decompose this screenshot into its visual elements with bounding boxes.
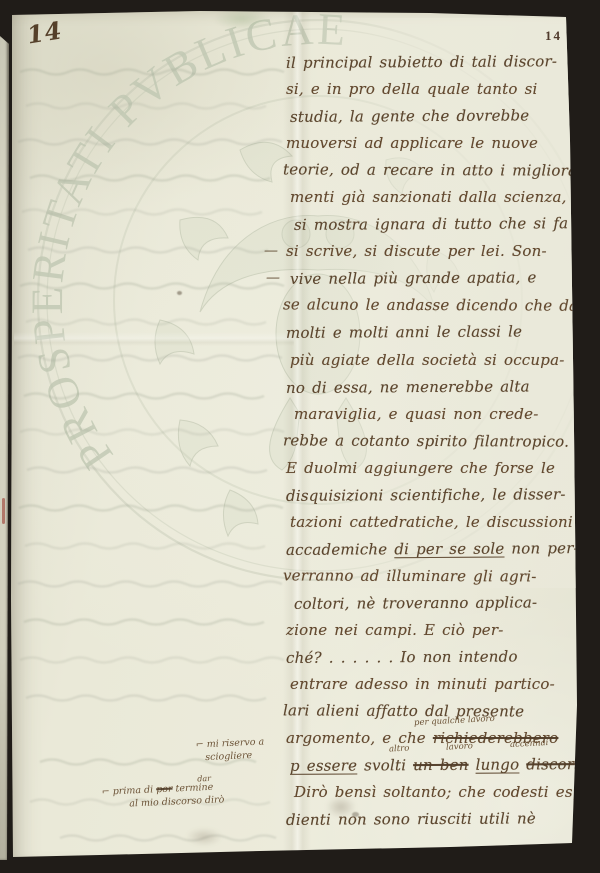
manuscript-line: p essere svolti un ben lungo discorso.: [290, 751, 574, 780]
manuscript-line: zione nei campi. E ciò per-: [286, 617, 574, 644]
manuscript-line: muoversi ad applicare le nuove: [286, 130, 574, 157]
manuscript-line: se alcuno le andasse dicendo che da: [283, 292, 574, 320]
manuscript-line: disquisizioni scientifiche, le disser-: [286, 481, 574, 510]
manuscript-line: accademiche di per se sole non per-: [286, 535, 574, 564]
manuscript-page: PROSPERITATI PVBLICAE 14 14 il princip: [0, 0, 600, 873]
manuscript-line: no di essa, ne menerebbe alta: [286, 373, 574, 402]
ink-smudge: [186, 828, 222, 846]
manuscript-line: Dirò bensì soltanto; che codesti espe-: [294, 779, 574, 806]
interlinear-note: lavoro: [446, 741, 473, 752]
manuscript-line: studia, la gente che dovrebbe: [290, 102, 574, 131]
manuscript-line: E duolmi aggiungere che forse le: [286, 455, 574, 482]
manuscript-line: si, e in pro della quale tanto si: [286, 76, 574, 103]
interlinear-note: altro: [389, 743, 410, 754]
manuscript-line: entrare adesso in minuti partico-: [290, 671, 574, 698]
manuscript-line: ché? . . . . . . Io non intendo: [286, 643, 574, 672]
manuscript-line: molti e molti anni le classi le: [286, 319, 574, 348]
binding-red-fiber: [2, 498, 5, 524]
manuscript-line: verranno ad illuminare gli agri-: [283, 562, 574, 590]
manuscript-line: si scrive, si discute per lei. Son-: [286, 238, 574, 265]
printed-page-number: 14: [545, 28, 562, 44]
horizontal-crease: [14, 332, 294, 346]
manuscript-line: rebbe a cotanto spirito filantropico.: [283, 427, 574, 455]
manuscript-line: più agiate della società si occupa-: [290, 347, 574, 374]
manuscript-line: vive nella più grande apatia, e: [290, 265, 574, 294]
green-stain: [213, 8, 271, 30]
margin-note-line: sciogliere: [205, 749, 265, 765]
manuscript-line: il principal subietto di tali discor-: [286, 48, 574, 77]
manuscript-line: teorie, od a recare in atto i migliora-: [283, 157, 574, 185]
manuscript-line: si mostra ignara di tutto che si fa: [294, 210, 574, 239]
ink-speck: [177, 291, 182, 295]
manuscript-line: coltori, nè troveranno applica-: [294, 589, 574, 618]
manuscript-line: maraviglia, e quasi non crede-: [294, 401, 574, 428]
margin-note-2: dar ⌐ prima di por termine al mio discor…: [101, 780, 224, 811]
margin-note-line: al mio discorso dirò: [129, 793, 225, 810]
margin-dash: —: [264, 243, 278, 259]
margin-note-1: ⌐ mi riservo a sciogliere: [195, 736, 265, 765]
adjacent-page-edge: [0, 36, 9, 860]
manuscript-line: dienti non sono riusciti utili nè: [286, 805, 574, 834]
manuscript-line: tazioni cattedratiche, le discussioni: [290, 509, 574, 536]
manuscript-line: menti già sanzionati dalla scienza,: [290, 184, 574, 211]
handwritten-page-number: 14: [25, 15, 65, 49]
interlinear-note: accennai: [510, 738, 549, 750]
margin-dash: —: [266, 270, 280, 286]
manuscript-lines: il principal subietto di tali discor-si,…: [286, 49, 574, 833]
inserted-word: dar: [197, 772, 211, 786]
scan-background: { "document": { "page_number_handwritten…: [0, 0, 600, 873]
